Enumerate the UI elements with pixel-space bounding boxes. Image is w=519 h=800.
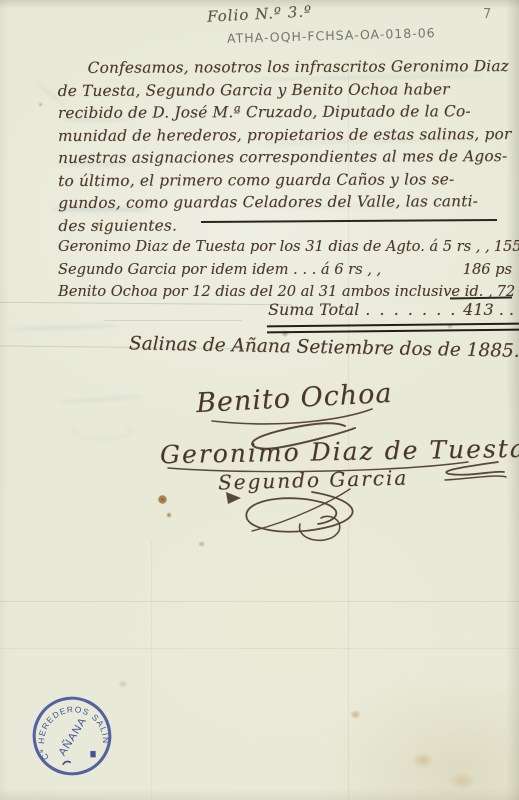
scanned-document-page: 7 Folio N.º 3.º ATHA-OQH-FCHSA-OA-018-06… — [0, 0, 519, 800]
signature-rubric-strokes — [0, 0, 519, 800]
stamp-center-text: AÑANA — [56, 715, 90, 759]
